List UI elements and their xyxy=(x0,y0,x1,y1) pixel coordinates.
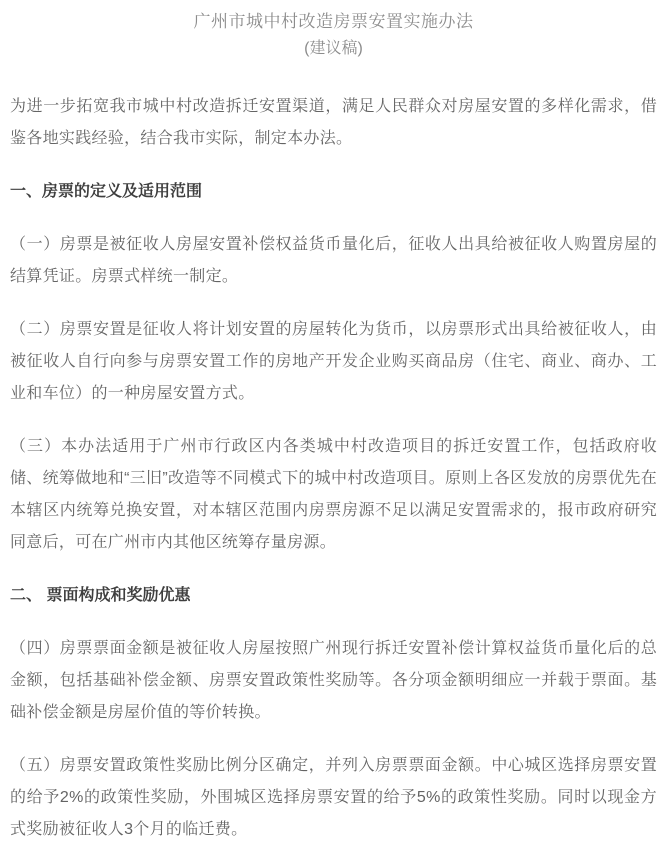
section-1-paragraph-3: （三）本办法适用于广州市行政区内各类城中村改造项目的拆迁安置工作，包括政府收储、… xyxy=(10,431,657,559)
intro-paragraph: 为进一步拓宽我市城中村改造拆迁安置渠道，满足人民群众对房屋安置的多样化需求，借鉴… xyxy=(10,91,657,155)
section-1-heading: 一、房票的定义及适用范围 xyxy=(10,176,657,208)
document-subtitle: (建议稿) xyxy=(10,35,657,62)
section-1-paragraph-1: （一）房票是被征收人房屋安置补偿权益货币量化后，征收人出具给被征收人购置房屋的结… xyxy=(10,229,657,293)
section-2-paragraph-1: （四）房票票面金额是被征收人房屋按照广州现行拆迁安置补偿计算权益货币量化后的总金… xyxy=(10,633,657,729)
section-2-heading: 二、 票面构成和奖励优惠 xyxy=(10,580,657,612)
document-title: 广州市城中村改造房票安置实施办法 xyxy=(10,8,657,35)
section-2-paragraph-2: （五）房票安置政策性奖励比例分区确定，并列入房票票面金额。中心城区选择房票安置的… xyxy=(10,750,657,846)
document-page: 广州市城中村改造房票安置实施办法 (建议稿) 为进一步拓宽我市城中村改造拆迁安置… xyxy=(0,0,667,847)
section-1-paragraph-2: （二）房票安置是征收人将计划安置的房屋转化为货币，以房票形式出具给被征收人，由被… xyxy=(10,314,657,410)
